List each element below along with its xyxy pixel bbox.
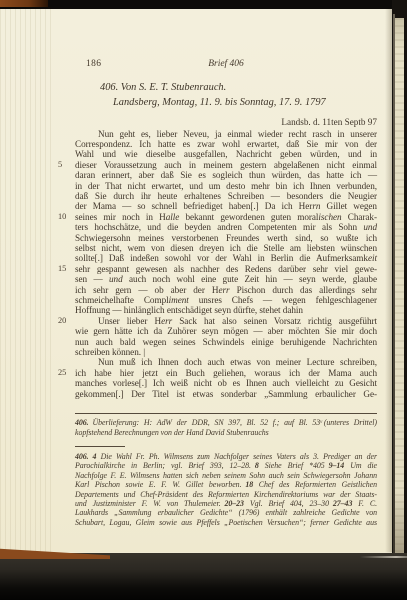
letter-line: sollte[.] Daß indeßen sowohl vor der Wah… <box>75 253 377 263</box>
letter-line: der Mama — so schnell befriediget haben[… <box>75 201 377 211</box>
letter-line: ters hochschätze, und die beyden andren … <box>75 222 377 232</box>
letter-line: daran erinnert, aber daß Sie es sogleich… <box>75 170 377 180</box>
letter-line: Correspondenz. Ich hatte es zwar wohl er… <box>75 139 377 149</box>
letter-heading: 406. Von S. E. T. Stubenrauch. Landsberg… <box>100 81 326 110</box>
book-photo: 186 Brief 406 406. Von S. E. T. Stubenra… <box>0 0 407 600</box>
apparatus-line: und Justizminister F. W. von Thulemeier.… <box>75 499 377 508</box>
margin-line-number: 15 <box>58 264 71 274</box>
letter-heading-line2: Landsberg, Montag, 11. 9. bis Sonntag, 1… <box>113 96 326 111</box>
apparatus-line: 406. Überlieferung: H: AdW der DDR, SN 3… <box>75 418 377 428</box>
letter-line: 5dieser Voraussetzung auch in meinem ges… <box>75 160 377 170</box>
book-page: 186 Brief 406 406. Von S. E. T. Stubenra… <box>0 9 394 554</box>
apparatus-commentary: 406. 4 Die Wahl Fr. Ph. Wilmsens zum Nac… <box>75 452 377 527</box>
apparatus-divider-rule <box>75 413 377 414</box>
letter-line: manches vorlese[.] Ich weiß nicht ob es … <box>75 378 377 388</box>
letter-line: sen — und auch noch wohl eine gute Zeit … <box>75 274 377 284</box>
letter-line: 25ich habe hier jetzt ein Buch geliehen,… <box>75 368 377 378</box>
margin-line-number: 20 <box>58 316 71 326</box>
letter-line: ich sehr gern — ob aber der Herr Pischon… <box>75 285 377 295</box>
letter-dateline: Landsb. d. 11ten Septb 97 <box>75 117 377 127</box>
letter-line: Wahl und wie dieselbe ausgefallen, Nachr… <box>75 149 377 159</box>
letter-line: gekommen[.] Der Titel ist etwas sonderba… <box>75 389 377 399</box>
margin-line-number: 5 <box>58 160 71 170</box>
apparatus-ueberlieferung: 406. Überlieferung: H: AdW der DDR, SN 3… <box>75 418 377 437</box>
apparatus-line: Nachfolge F. E. Wilmsens hatten sich neb… <box>75 471 377 480</box>
margin-line-number: 25 <box>58 368 71 378</box>
letter-line: 15sehr gespannt gewesen als nachher des … <box>75 264 377 274</box>
apparatus-line: Schubart, Logau, Gleim sowie aus Pfeffel… <box>75 518 377 527</box>
apparatus-short-rule <box>75 446 125 447</box>
letter-line: wie gern hätte ich da Zuhörer seyn mögen… <box>75 326 377 336</box>
letter-line: Nun geht es, lieber Neveu, ja einmal wie… <box>75 129 377 139</box>
letter-line: selbst nicht, wem von diesen dreyen ich … <box>75 243 377 253</box>
letter-line: nun auch bald wegen seines Schwindels ei… <box>75 337 377 347</box>
letter-line: 20Unser lieber Herr Sack hat also seinen… <box>75 316 377 326</box>
running-head: Brief 406 <box>75 59 377 69</box>
letter-line: 10seines mir noch in Halle bekannt gewor… <box>75 212 377 222</box>
letter-line: in der That nicht erwartet, und um desto… <box>75 181 377 191</box>
letter-line: schmeichelhafte Compliment unsres Chefs … <box>75 295 377 305</box>
letter-line: daß Sie durch ihr heute erhaltenes Schre… <box>75 191 377 201</box>
background-band-bottom <box>0 553 407 600</box>
apparatus-line: kopfstehend Berechnungen von der Hand Da… <box>75 428 377 438</box>
apparatus-line: Parochialkirche in Berlin; vgl. Brief 39… <box>75 461 377 470</box>
apparatus-line: Laukhards „Sammlung erbaulicher Gedichte… <box>75 508 377 517</box>
margin-line-number: 10 <box>58 212 71 222</box>
page-edge-glint <box>360 556 407 558</box>
letter-body: Nun geht es, lieber Neveu, ja einmal wie… <box>75 129 377 400</box>
book-fore-edge <box>395 18 404 554</box>
letter-line: schreiben können. | <box>75 347 377 357</box>
letter-line: Nun muß ich Ihnen doch auch etwas von me… <box>75 357 377 367</box>
apparatus-line: 406. 4 Die Wahl Fr. Ph. Wilmsens zum Nac… <box>75 452 377 461</box>
letter-line: Hoffnung — hinlänglich entschädiget seyn… <box>75 305 377 315</box>
letter-line: Schwiegersohn meines verstorbenen Freund… <box>75 233 377 243</box>
letter-heading-line1: 406. Von S. E. T. Stubenrauch. <box>100 81 326 96</box>
apparatus-line: Karl Pischon sowie E. F. W. Gillet bewor… <box>75 480 377 489</box>
book-cover-edge-top <box>0 0 48 7</box>
apparatus-line: Departements und Chef-Präsident des Refo… <box>75 490 377 499</box>
